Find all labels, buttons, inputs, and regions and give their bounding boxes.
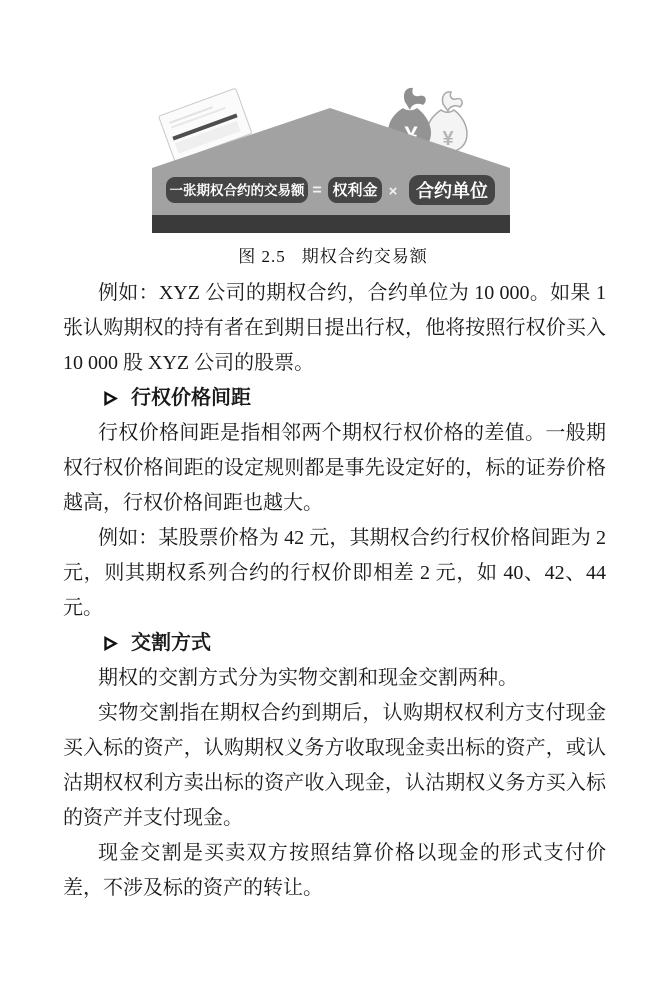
figure-2-5: ¥ ¥ 一张期权合约的交易额 = 权利金 × 合约单位 图 2.5期权合 xyxy=(143,85,523,267)
heading-label: 行权价格间距 xyxy=(131,381,251,416)
equation-unit-label: 合约单位 xyxy=(416,180,488,201)
base-band xyxy=(152,215,510,233)
heading-label: 交割方式 xyxy=(131,626,211,661)
heading-settlement-method: 交割方式 xyxy=(63,626,606,661)
page-body-text: 例如：XYZ 公司的期权合约，合约单位为 10 000。如果 1 张认购期权的持… xyxy=(63,276,606,906)
figure-caption-title: 期权合约交易额 xyxy=(302,247,428,266)
figure-illustration: ¥ ¥ 一张期权合约的交易额 = 权利金 × 合约单位 xyxy=(143,85,523,235)
paragraph-physical-settlement: 实物交割指在期权合约到期后，认购期权权利方支付现金买入标的资产，认购期权义务方收… xyxy=(63,696,606,836)
paragraph-interval-definition: 行权价格间距是指相邻两个期权行权价格的差值。一般期权行权价格间距的设定规则都是事… xyxy=(63,416,606,521)
paragraph-interval-example: 例如：某股票价格为 42 元，其期权合约行权价格间距为 2 元，则其期权系列合约… xyxy=(63,521,606,626)
paragraph-example-contract: 例如：XYZ 公司的期权合约，合约单位为 10 000。如果 1 张认购期权的持… xyxy=(63,276,606,381)
arrow-bullet-icon xyxy=(103,391,118,406)
arrow-bullet-icon xyxy=(103,636,118,651)
book-page: ¥ ¥ 一张期权合约的交易额 = 权利金 × 合约单位 图 2.5期权合 xyxy=(0,0,666,984)
equals-sign: = xyxy=(312,182,321,199)
figure-caption-number: 图 2.5 xyxy=(238,247,286,266)
equation-premium-label: 权利金 xyxy=(332,181,377,199)
multiply-sign: × xyxy=(389,183,398,200)
equation-result-label: 一张期权合约的交易额 xyxy=(170,182,305,198)
heading-strike-price-interval: 行权价格间距 xyxy=(63,381,606,416)
paragraph-cash-settlement: 现金交割是买卖双方按照结算价格以现金的形式支付价差，不涉及标的资产的转让。 xyxy=(63,836,606,906)
figure-caption: 图 2.5期权合约交易额 xyxy=(143,242,523,267)
paragraph-settlement-types: 期权的交割方式分为实物交割和现金交割两种。 xyxy=(63,661,606,696)
